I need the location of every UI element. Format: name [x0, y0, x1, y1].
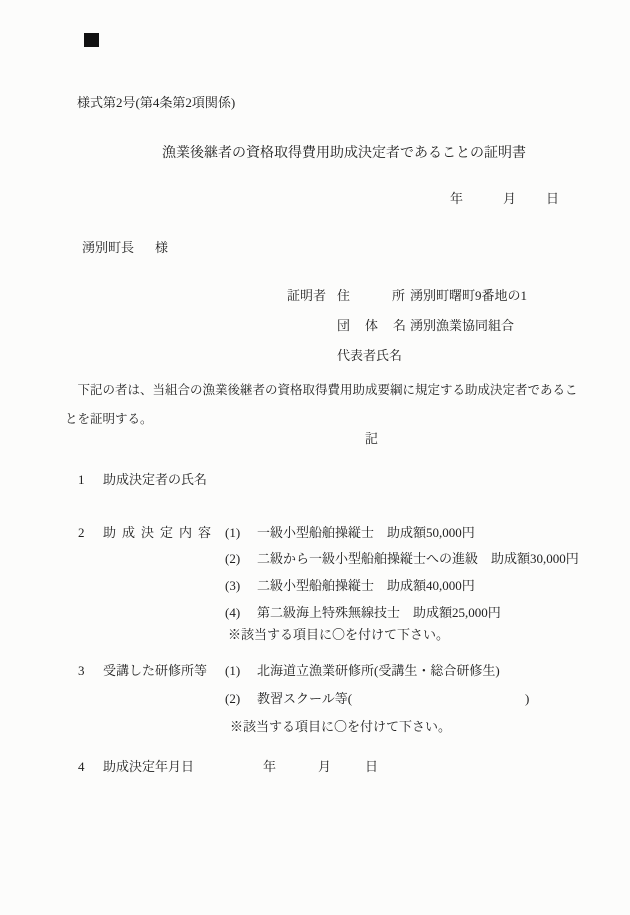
item4-label: 助成決定年月日 — [103, 759, 194, 775]
item3-option-number: (2) — [225, 691, 240, 707]
form-number: 様式第2号(第4条第2項関係) — [77, 95, 235, 111]
addressee-name: 湧別町長 — [82, 240, 134, 256]
item4-month-label: 月 — [318, 759, 331, 775]
item2-option-text: 二級から一級小型船舶操縦士への進級 助成額30,000円 — [257, 551, 579, 567]
certifier-label: 証明者 — [287, 288, 326, 304]
item2-option-number: (2) — [225, 551, 240, 567]
item2-option-text: 第二級海上特殊無線技士 助成額25,000円 — [257, 605, 501, 621]
item4-number: 4 — [78, 759, 85, 775]
item2-note: ※該当する項目に〇を付けて下さい。 — [228, 627, 449, 643]
certifier-organization-value: 湧別漁業協同組合 — [410, 318, 514, 334]
certificate-document-page: 様式第2号(第4条第2項関係) 漁業後継者の資格取得費用助成決定者であることの証… — [0, 0, 630, 915]
item3-option-number: (1) — [225, 663, 240, 679]
item4-day-label: 日 — [365, 759, 378, 775]
item2-label: 助成決定内容 — [103, 525, 217, 541]
item2-number: 2 — [78, 525, 85, 541]
date-year-label: 年 — [450, 191, 463, 207]
item2-option-number: (3) — [225, 578, 240, 594]
certifier-representative-label: 代表者氏名 — [337, 348, 402, 364]
body-paragraph: 下記の者は、当組合の漁業後継者の資格取得費用助成要綱に規定する助成決定者であるこ… — [65, 376, 613, 434]
document-title: 漁業後継者の資格取得費用助成決定者であることの証明書 — [162, 146, 526, 162]
date-month-label: 月 — [503, 191, 516, 207]
item3-note: ※該当する項目に〇を付けて下さい。 — [230, 719, 451, 735]
item1-label: 助成決定者の氏名 — [103, 472, 207, 488]
certifier-organization-label: 団体名 — [337, 318, 421, 334]
item2-option-text: 二級小型船舶操縦士 助成額40,000円 — [257, 578, 475, 594]
record-heading: 記 — [365, 431, 378, 447]
item1-number: 1 — [78, 472, 85, 488]
item2-option-number: (4) — [225, 605, 240, 621]
item4-year-label: 年 — [263, 759, 276, 775]
date-day-label: 日 — [546, 191, 559, 207]
item3-label: 受講した研修所等 — [103, 663, 207, 679]
scan-artifact-mark — [84, 33, 99, 47]
item3-option-close-paren: ) — [525, 691, 529, 707]
item3-option-text: 教習スクール等( — [257, 691, 352, 707]
item3-number: 3 — [78, 663, 85, 679]
item3-option-text: 北海道立漁業研修所(受講生・総合研修生) — [257, 663, 500, 679]
certifier-address-value: 湧別町曙町9番地の1 — [410, 288, 527, 304]
item2-option-text: 一級小型船舶操縦士 助成額50,000円 — [257, 525, 475, 541]
item2-option-number: (1) — [225, 525, 240, 541]
addressee-honorific: 様 — [155, 240, 168, 256]
